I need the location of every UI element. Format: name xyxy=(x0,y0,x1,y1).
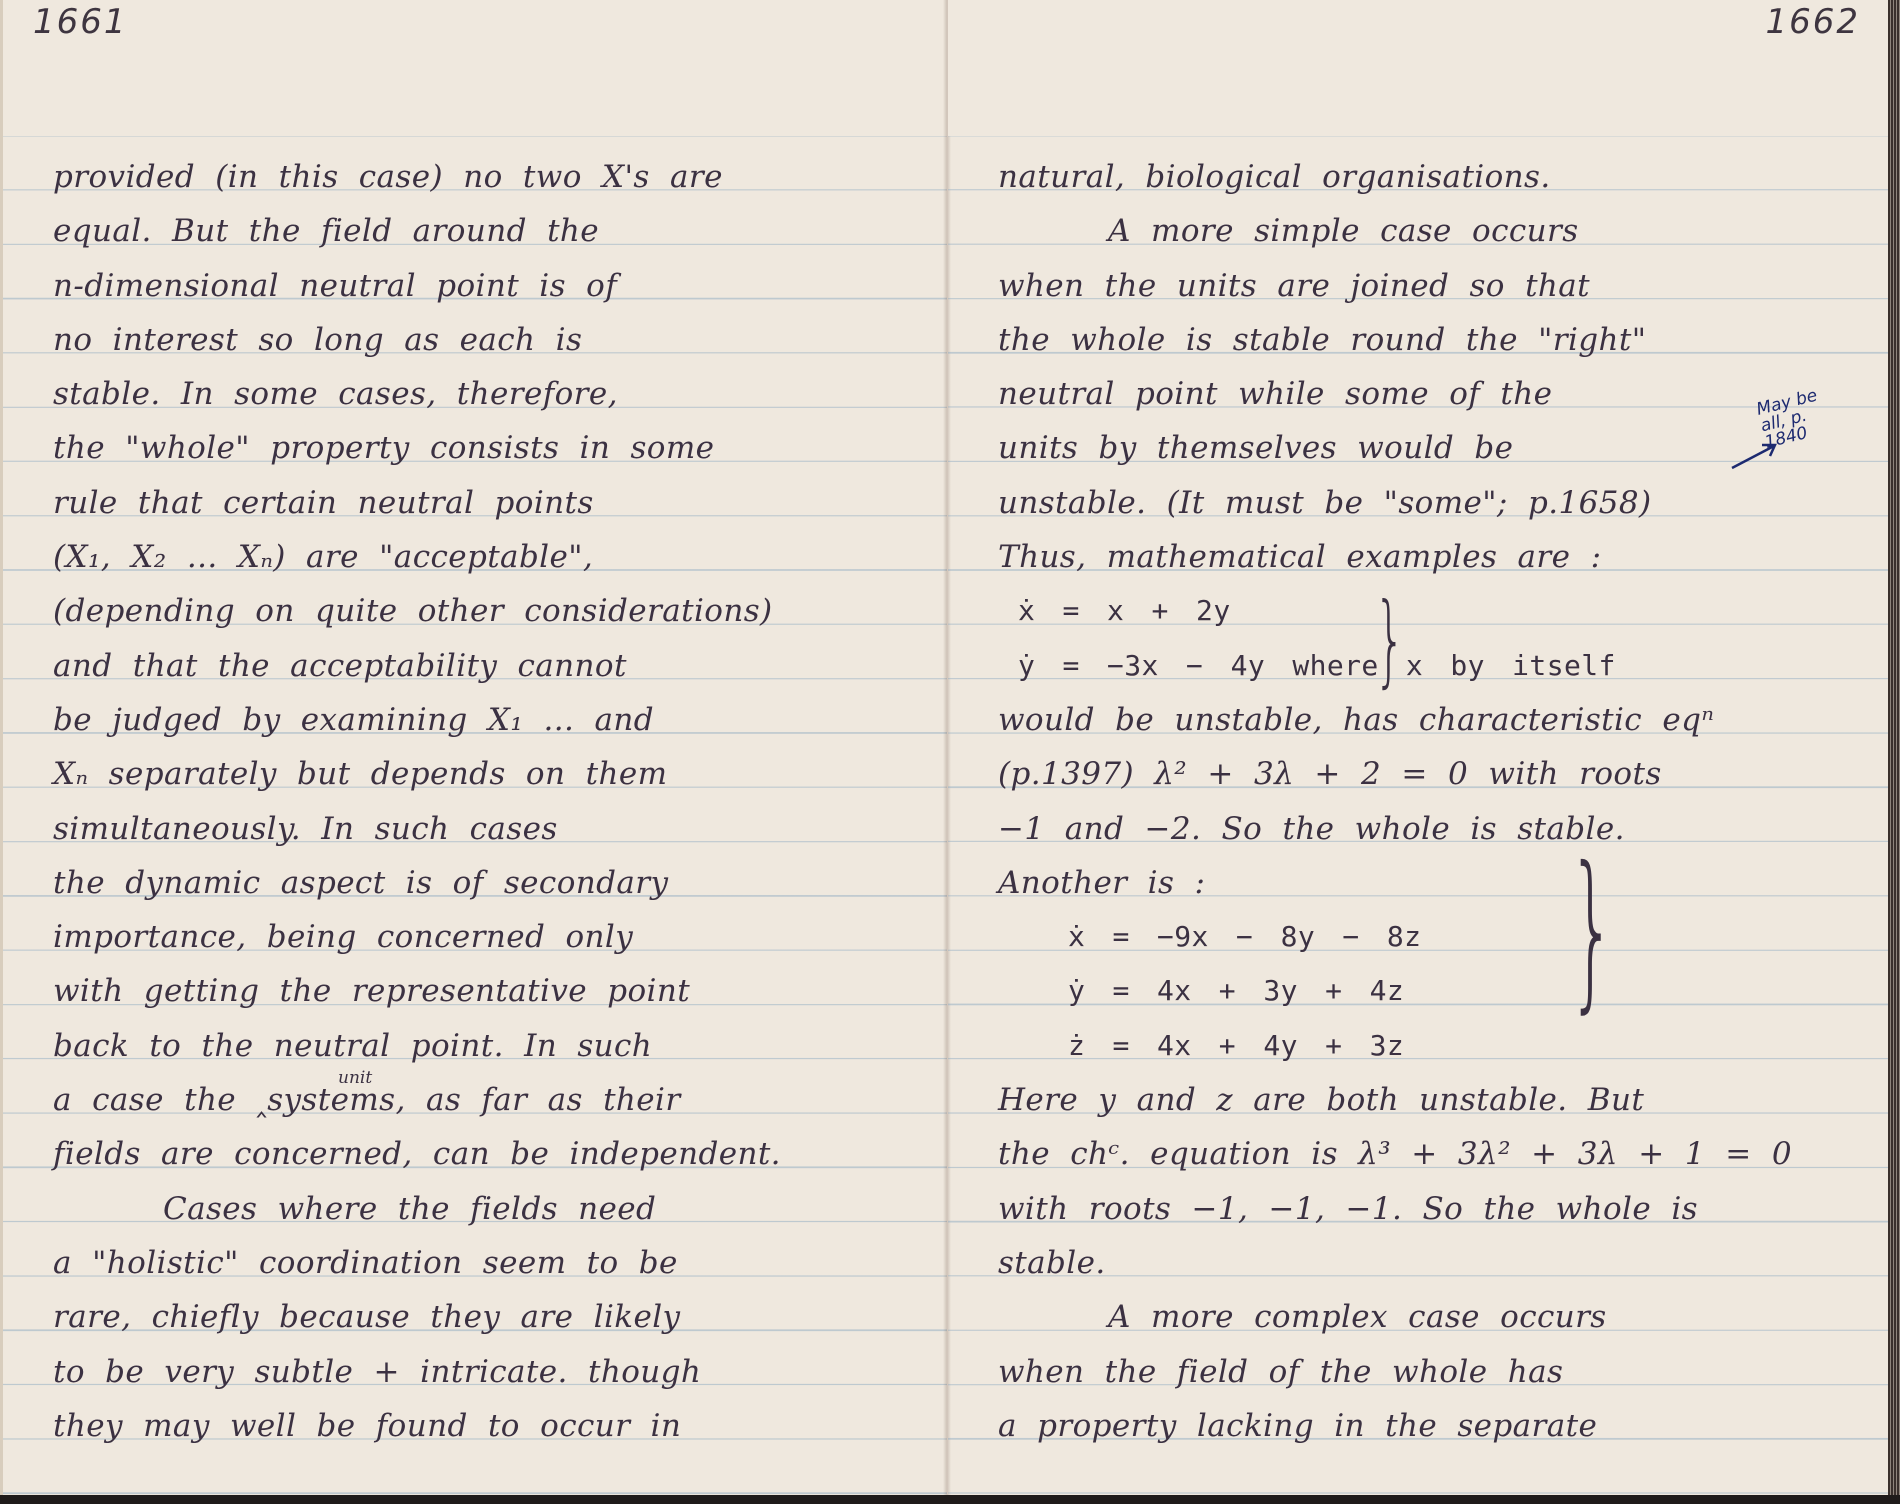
text-line: the "whole" property consists in some xyxy=(53,421,923,475)
text-line: simultaneously. In such cases xyxy=(53,802,923,856)
text-line: provided (in this case) no two X's are xyxy=(53,150,923,204)
right-page-text: natural, biological organisations. A mor… xyxy=(998,150,1858,1453)
text-line: A more complex case occurs xyxy=(998,1290,1858,1344)
text-line: stable. In some cases, therefore, xyxy=(53,367,923,421)
text-line: (X₁, X₂ ... Xₙ) are "acceptable", xyxy=(53,530,923,584)
text-line: they may well be found to occur in xyxy=(53,1399,923,1453)
equation-brace-3x3: } xyxy=(1568,845,1617,1015)
equation-line: ż = 4x + 4y + 3z xyxy=(998,1019,1858,1073)
text-line: (p.1397) λ² + 3λ + 2 = 0 with roots xyxy=(998,747,1858,801)
text-line: n-dimensional neutral point is of xyxy=(53,259,923,313)
page-number-left: 1661 xyxy=(33,2,128,42)
text-line: equal. But the field around the xyxy=(53,204,923,258)
text-line: A more simple case occurs xyxy=(998,204,1858,258)
text-line: units by themselves would be xyxy=(998,421,1858,475)
equation-brace-2x2: } xyxy=(1374,590,1406,690)
text-line: a property lacking in the separate xyxy=(998,1399,1858,1453)
text-line: stable. xyxy=(998,1236,1858,1290)
equation-line: ẋ = x + 2y xyxy=(998,584,1858,638)
text-line: with getting the representative point xyxy=(53,964,923,1018)
text-line: unstable. (It must be "some"; p.1658) xyxy=(998,476,1858,530)
page-number-right: 1662 xyxy=(1765,2,1860,42)
text-line: (depending on quite other considerations… xyxy=(53,584,923,638)
text-line: and that the acceptability cannot xyxy=(53,639,923,693)
text-line: the whole is stable round the "right" xyxy=(998,313,1858,367)
text-line: back to the neutral point. In such xyxy=(53,1019,923,1073)
left-page-text: provided (in this case) no two X's are e… xyxy=(53,150,923,1453)
text-line: when the units are joined so that xyxy=(998,259,1858,313)
text-line: a case the ‸systems, as far as their xyxy=(53,1073,923,1127)
right-page: 1662 natural, biological organisations. … xyxy=(948,0,1890,1495)
equation-line: ẏ = 4x + 3y + 4z xyxy=(998,964,1858,1018)
text-line: Here y and z are both unstable. But xyxy=(998,1073,1858,1127)
text-line: rare, chiefly because they are likely xyxy=(53,1290,923,1344)
text-line: would be unstable, has characteristic eq… xyxy=(998,693,1858,747)
text-line: Cases where the fields need xyxy=(53,1182,923,1236)
text-line: to be very subtle + intricate. though xyxy=(53,1345,923,1399)
text-line: neutral point while some of the xyxy=(998,367,1858,421)
page-stack-edge xyxy=(1888,0,1900,1495)
left-page: 1661 provided (in this case) no two X's … xyxy=(0,0,947,1495)
text-line: Xₙ separately but depends on them xyxy=(53,747,923,801)
insertion-mark-unit: unit xyxy=(338,1068,372,1088)
text-line: with roots −1, −1, −1. So the whole is xyxy=(998,1182,1858,1236)
scan-background xyxy=(0,1495,1900,1504)
text-line: Thus, mathematical examples are : xyxy=(998,530,1858,584)
text-line: −1 and −2. So the whole is stable. xyxy=(998,802,1858,856)
notebook-spread: 1661 provided (in this case) no two X's … xyxy=(0,0,1900,1495)
arrow-icon xyxy=(1730,440,1780,470)
text-line: a "holistic" coordination seem to be xyxy=(53,1236,923,1290)
text-line: when the field of the whole has xyxy=(998,1345,1858,1399)
text-line: the dynamic aspect is of secondary xyxy=(53,856,923,910)
text-line: be judged by examining X₁ ... and xyxy=(53,693,923,747)
text-line: rule that certain neutral points xyxy=(53,476,923,530)
equation-line: ẏ = −3x − 4y where x by itself xyxy=(998,639,1858,693)
text-line: the chᶜ. equation is λ³ + 3λ² + 3λ + 1 =… xyxy=(998,1127,1858,1181)
text-line: fields are concerned, can be independent… xyxy=(53,1127,923,1181)
text-line: importance, being concerned only xyxy=(53,910,923,964)
equation-line: ẋ = −9x − 8y − 8z xyxy=(998,910,1858,964)
text-line: Another is : xyxy=(998,856,1858,910)
text-line: no interest so long as each is xyxy=(53,313,923,367)
text-line: natural, biological organisations. xyxy=(998,150,1858,204)
